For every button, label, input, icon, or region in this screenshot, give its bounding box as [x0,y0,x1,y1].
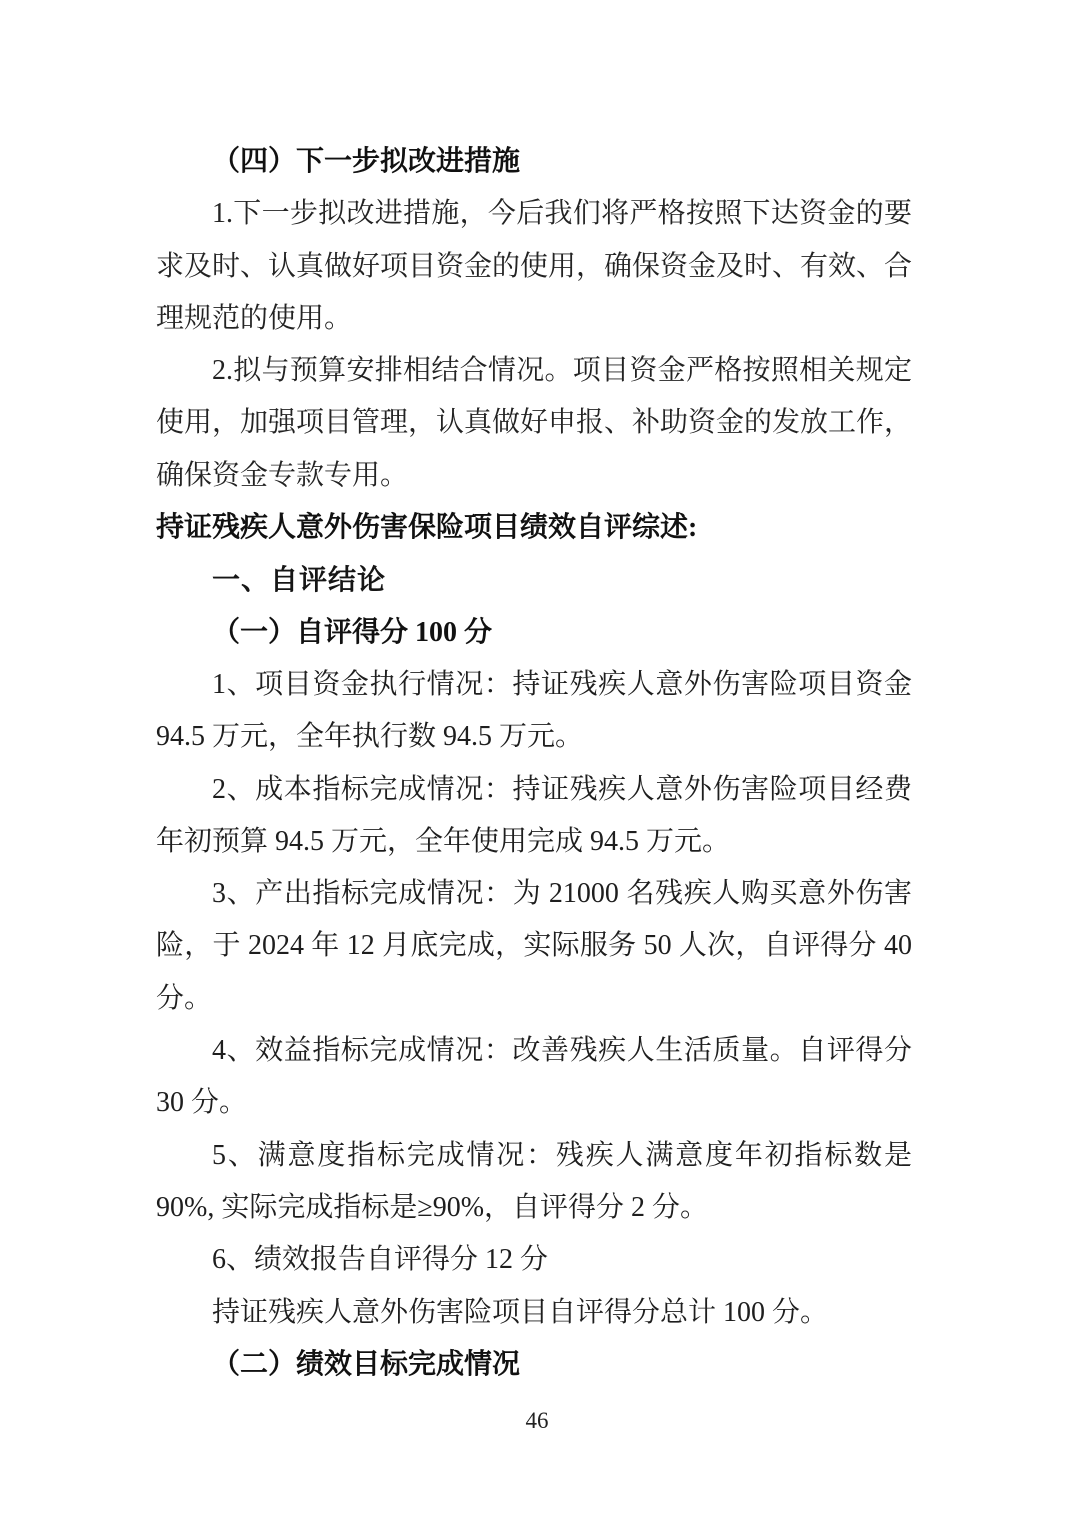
page-number: 46 [0,1408,1074,1434]
section-heading: （一）自评得分 100 分 [156,607,912,659]
section-heading: （四）下一步拟改进措施 [156,136,912,188]
body-paragraph: 持证残疾人意外伤害险项目自评得分总计 100 分。 [156,1287,912,1339]
body-paragraph: 5、满意度指标完成情况：残疾人满意度年初指标数是 90%, 实际完成指标是≥90… [156,1130,912,1235]
body-paragraph: 1.下一步拟改进措施，今后我们将严格按照下达资金的要求及时、认真做好项目资金的使… [156,188,912,345]
body-paragraph: 2、成本指标完成情况：持证残疾人意外伤害险项目经费年初预算 94.5 万元，全年… [156,764,912,869]
body-paragraph: 3、产出指标完成情况：为 21000 名残疾人购买意外伤害险，于 2024 年 … [156,868,912,1025]
body-paragraph: 2.拟与预算安排相结合情况。项目资金严格按照相关规定使用，加强项目管理，认真做好… [156,345,912,502]
document-page: （四）下一步拟改进措施1.下一步拟改进措施，今后我们将严格按照下达资金的要求及时… [0,0,1074,1520]
body-paragraph: 1、项目资金执行情况：持证残疾人意外伤害险项目资金 94.5 万元，全年执行数 … [156,659,912,764]
document-content: （四）下一步拟改进措施1.下一步拟改进措施，今后我们将严格按照下达资金的要求及时… [156,136,912,1391]
body-paragraph: 4、效益指标完成情况：改善残疾人生活质量。自评得分 30 分。 [156,1025,912,1130]
report-summary-title: 持证残疾人意外伤害保险项目绩效自评综述: [156,502,912,554]
body-paragraph: 6、绩效报告自评得分 12 分 [156,1234,912,1286]
chapter-heading: 一、自评结论 [156,554,912,606]
section-heading: （二）绩效目标完成情况 [156,1339,912,1391]
